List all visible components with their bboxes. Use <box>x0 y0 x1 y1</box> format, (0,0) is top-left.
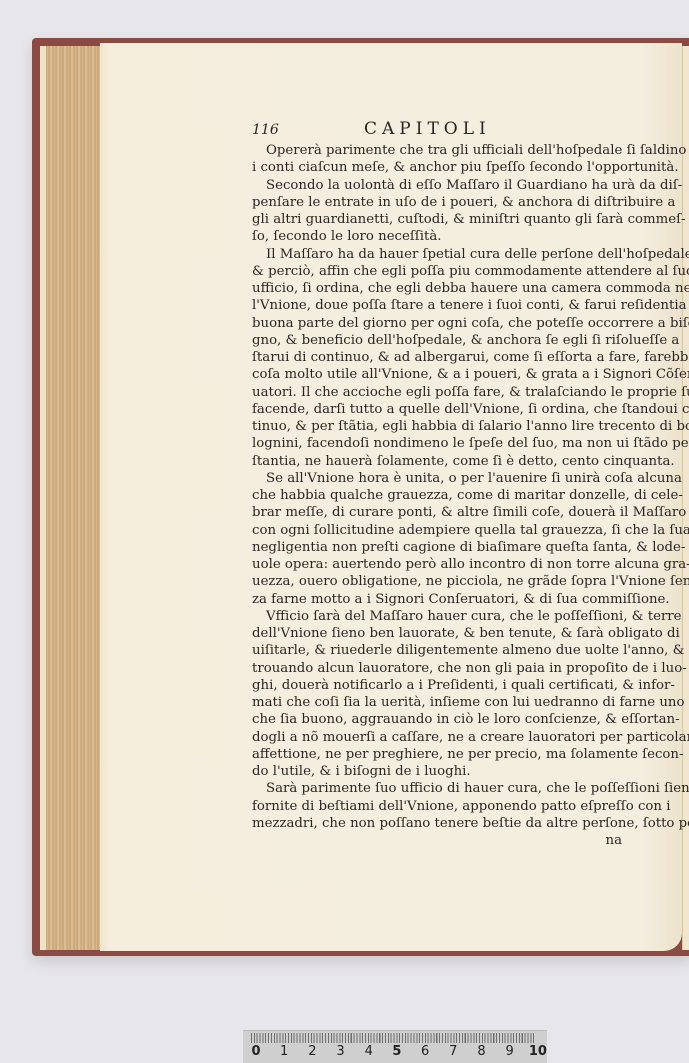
text-line: & perciò, affin che egli poſſa piu commo… <box>252 263 628 280</box>
text-line: coſa molto utile all'Vnione, & a i pouer… <box>252 366 628 383</box>
ruler-label: 9 <box>501 1044 519 1059</box>
text-line: do l'utile, & i biſogni de i luoghi. <box>252 763 628 780</box>
text-lines: Opererà parimente che tra gli ufficiali … <box>252 142 628 832</box>
page-number: 116 <box>252 122 312 139</box>
ruler-label: 3 <box>332 1044 350 1059</box>
ruler-label: 8 <box>473 1044 491 1059</box>
ruler-label: 2 <box>303 1044 321 1059</box>
running-title: CAPITOLI <box>364 121 491 138</box>
text-line: brar meſſe, di curare ponti, & altre ſim… <box>252 504 628 521</box>
text-line: l'Vnione, doue poſſa ſtare a tenere i ſu… <box>252 297 628 314</box>
text-line: ufficio, ſi ordina, che egli debba hauer… <box>252 280 628 297</box>
ruler-label: 10 <box>529 1044 547 1059</box>
ruler-label: 4 <box>360 1044 378 1059</box>
text-line: gno, & beneficio dell'hoſpedale, & ancho… <box>252 332 628 349</box>
text-line: negligentia non preſti cagione di biaſim… <box>252 539 628 556</box>
text-line: dogli a nõ mouerſi a caſſare, ne a crear… <box>252 729 628 746</box>
text-line: gli altri guardianetti, cuſtodi, & miniſ… <box>252 211 628 228</box>
text-line: affettione, ne per preghiere, ne per pre… <box>252 746 628 763</box>
facing-page-edge <box>682 46 689 950</box>
page-header: 116 CAPITOLI <box>252 121 628 141</box>
text-line: lognini, facendoſi nondimeno le ſpeſe de… <box>252 435 628 452</box>
text-line: Secondo la uolontà di eſſo Maſſaro il Gu… <box>252 177 628 194</box>
text-line: buona parte del giorno per ogni coſa, ch… <box>252 315 628 332</box>
text-line: ſo, ſecondo le loro neceſſità. <box>252 228 628 245</box>
text-line: dell'Vnione ſieno ben lauorate, & ben te… <box>252 625 628 642</box>
text-line: trouando alcun lauoratore, che non gli p… <box>252 660 628 677</box>
text-line: Il Maſſaro ha da hauer ſpetial cura dell… <box>252 246 628 263</box>
text-line: i conti ciaſcun meſe, & anchor piu ſpeſſ… <box>252 159 628 176</box>
text-line: uezza, ouero obligatione, ne picciola, n… <box>252 573 628 590</box>
text-line: che ſia buono, aggrauando in ciò le loro… <box>252 711 628 728</box>
text-line: che habbia qualche grauezza, come di mar… <box>252 487 628 504</box>
text-line: Sarà parimente ſuo ufficio di hauer cura… <box>252 780 628 797</box>
text-line: con ogni ſollicitudine adempiere quella … <box>252 522 628 539</box>
measurement-ruler: 012345678910 <box>243 1030 547 1063</box>
text-line: ſtarui di continuo, & ad albergarui, com… <box>252 349 628 366</box>
ruler-ticks <box>251 1033 536 1043</box>
text-line: Vfficio ſarà del Maſſaro hauer cura, che… <box>252 608 628 625</box>
text-line: fornite di beſtiami dell'Vnione, apponen… <box>252 798 628 815</box>
text-line: mezzadri, che non poſſano tenere beſtie … <box>252 815 628 832</box>
text-line: ſtantia, ne hauerà ſolamente, come ſi è … <box>252 453 628 470</box>
ruler-labels: 012345678910 <box>247 1044 547 1059</box>
text-line: tinuo, & per ſtãtia, egli habbia di ſala… <box>252 418 628 435</box>
ruler-label: 0 <box>247 1044 265 1059</box>
text-line: Se all'Vnione hora è unita, o per l'auen… <box>252 470 628 487</box>
text-line: penſare le entrate in uſo de i poueri, &… <box>252 194 628 211</box>
catchword: na <box>252 832 628 849</box>
ruler-label: 5 <box>388 1044 406 1059</box>
text-line: uole opera: auertendo però allo incontro… <box>252 556 628 573</box>
text-line: facende, darſi tutto a quelle dell'Vnion… <box>252 401 628 418</box>
page-text: 116 CAPITOLI Opererà parimente che tra g… <box>252 121 628 849</box>
ruler-label: 7 <box>444 1044 462 1059</box>
text-line: mati che coſi ſia la uerità, inſieme con… <box>252 694 628 711</box>
text-line: uiſitarle, & riuederle diligentemente al… <box>252 642 628 659</box>
text-line: uatori. Il che accioche egli poſſa fare,… <box>252 384 628 401</box>
text-line: za farne motto a i Signori Conſeruatori,… <box>252 591 628 608</box>
ruler-label: 1 <box>275 1044 293 1059</box>
text-line: ghi, douerà notificarlo a i Preſidenti, … <box>252 677 628 694</box>
text-line: Opererà parimente che tra gli ufficiali … <box>252 142 628 159</box>
ruler-label: 6 <box>416 1044 434 1059</box>
